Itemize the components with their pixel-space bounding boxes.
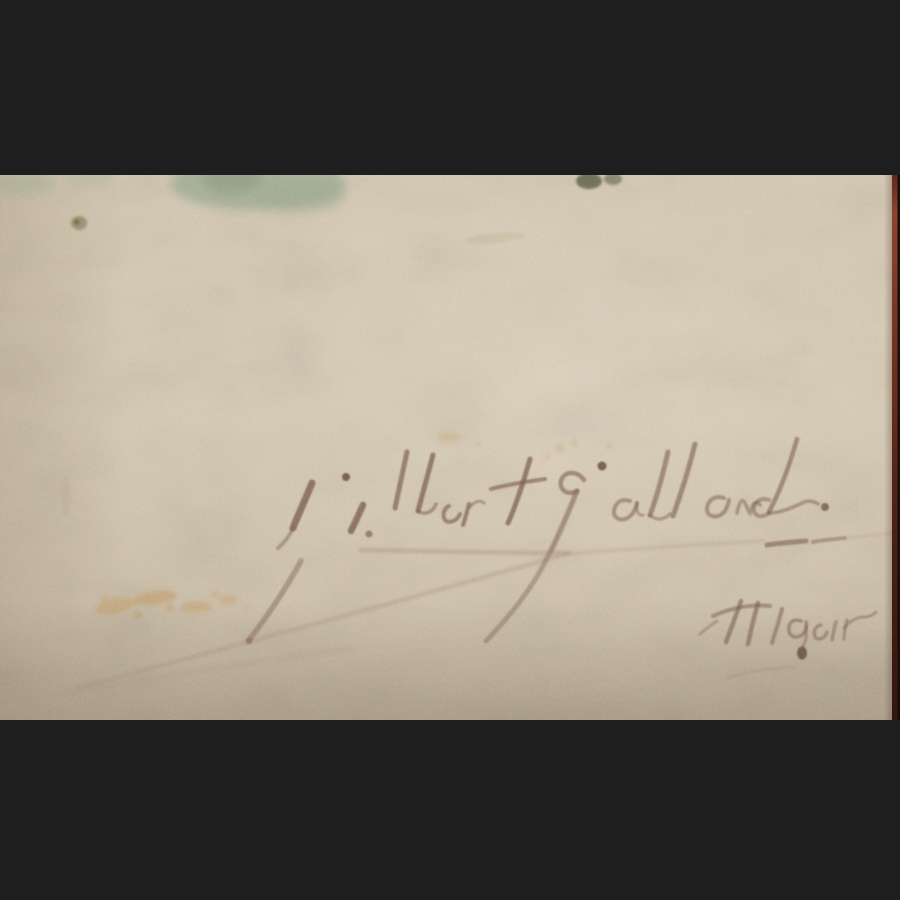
watercolor-detail-photo: Gilbert Galland. Alger: [0, 175, 900, 720]
photo-right-edge: [884, 175, 900, 720]
letterbox-bar-top: [0, 0, 900, 175]
painting-canvas: [0, 175, 900, 720]
letterboxed-photo-stage: Gilbert Galland. Alger: [0, 0, 900, 900]
paper-grain-overlay: [0, 175, 900, 720]
letterbox-bar-bottom: [0, 720, 900, 900]
